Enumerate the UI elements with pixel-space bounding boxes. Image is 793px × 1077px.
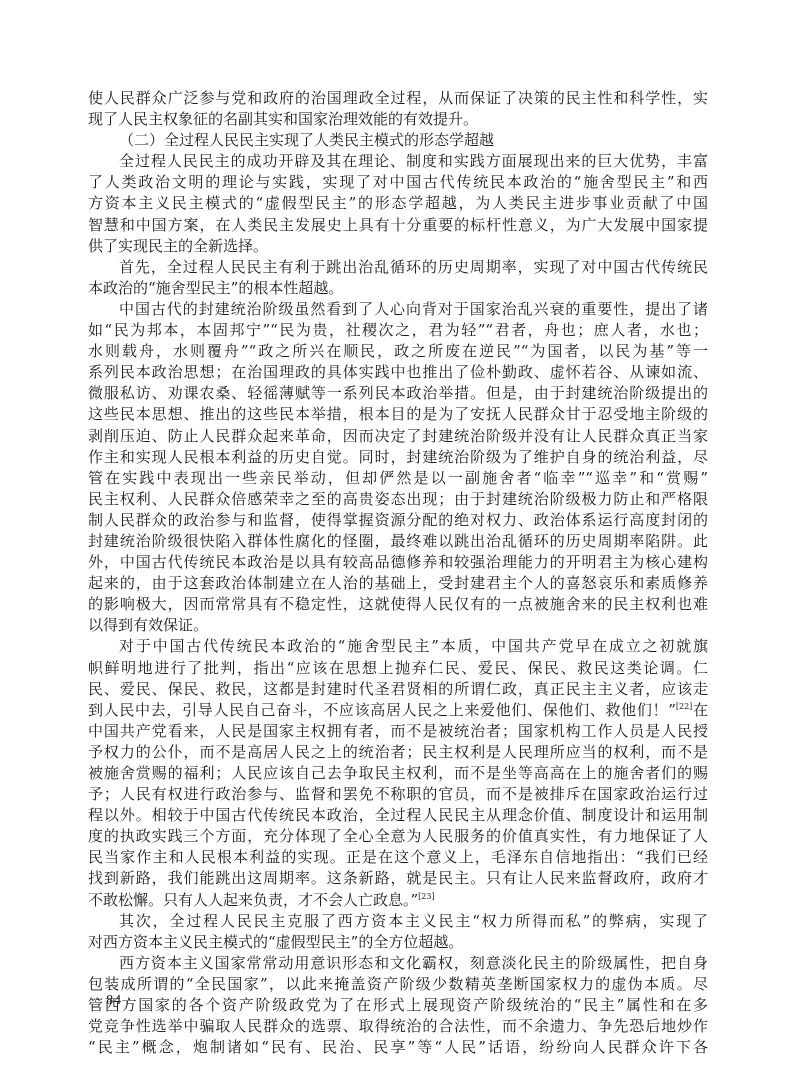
text-line: “民主”概念，炮制诸如“民有、民治、民享”等“人民”话语，纷纷向人民群众许下各	[88, 1037, 708, 1058]
text-line: 这些民本思想、推出的这些民本举措，根本目的是为了安抚人民群众甘于忍受地主阶级的	[88, 404, 708, 425]
text-line: 的影响极大，因而常常具有不稳定性，这就使得人民仅有的一点被施舍来的民主权利也难	[88, 594, 708, 615]
text-line: 水则载舟，水则覆舟”“政之所兴在顺民，政之所废在逆民”“为国者，以民为基”等一	[88, 341, 708, 362]
text-line: 本政治的“施舍型民主”的根本性超越。	[88, 278, 708, 299]
paragraph: 首先，全过程人民民主有利于跳出治乱循环的历史周期率，实现了对中国古代传统民 本政…	[88, 257, 708, 299]
text-line: 如“民为邦本，本固邦宁”“民为贵，社稷次之，君为轻”“君者，舟也；庶人者，水也；	[88, 320, 708, 341]
text-line: 现了人民主权象征的名副其实和国家治理效能的有效提升。	[88, 109, 708, 130]
text-line: 作主和实现人民根本利益的历史自觉。同时，封建统治阶级为了维护自身的统治利益，尽	[88, 447, 708, 468]
text-line: 方资本主义民主模式的“虚假型民主”的形态学超越，为人类民主进步事业贡献了中国	[88, 193, 708, 214]
text-line: 使人民群众广泛参与党和政府的治国理政全过程，从而保证了决策的民主性和科学性，实	[88, 88, 708, 109]
text-line: 找到新路，我们能跳出这周期率。这条新路，就是民主。只有让人民来监督政府，政府才	[88, 868, 708, 889]
text-line: 党竞争性选举中骗取人民群众的选票、取得统治的合法性，而不余遗力、争先恐后地炒作	[88, 1016, 708, 1037]
footnote-ref-23[interactable]: [23]	[418, 892, 434, 901]
text-line: 中国古代的封建统治阶级虽然看到了人心向背对于国家治乱兴衰的重要性，提出了诸	[88, 299, 708, 320]
text-line: 民主权利、人民群众倍感荣幸之至的高贵姿态出现；由于封建统治阶级极力防止和严格限	[88, 489, 708, 510]
heading-text: （二）全过程人民民主实现了人类民主模式的形态学超越	[88, 130, 708, 151]
page-number: · 84 ·	[96, 993, 132, 1009]
text-line: 予；人民有权进行政治参与、监督和罢免不称职的官员，而不是被排斥在国家政治运行过	[88, 784, 708, 805]
text-segment: 在	[692, 701, 708, 719]
text-segment: 不敢松懈。只有人人起来负责，才不会人亡政息。”	[88, 891, 418, 909]
text-line: 以得到有效保证。	[88, 615, 708, 636]
section-heading: （二）全过程人民民主实现了人类民主模式的形态学超越	[88, 130, 708, 151]
text-line: 智慧和中国方案，在人类民主发展史上具有十分重要的标杆性意义，为广大发展中国家提	[88, 215, 708, 236]
text-line-with-footnote: 不敢松懈。只有人人起来负责，才不会人亡政息。”[23]	[88, 890, 708, 911]
text-line: 民当家作主和人民根本利益的实现。正是在这个意义上，毛泽东自信地指出：“我们已经	[88, 847, 708, 868]
text-line: 封建统治阶级很快陷入群体性腐化的怪圈，最终难以跳出治乱循环的历史周期率陷阱。此	[88, 531, 708, 552]
text-line: 首先，全过程人民民主有利于跳出治乱循环的历史周期率，实现了对中国古代传统民	[88, 257, 708, 278]
text-line: 全过程人民民主的成功开辟及其在理论、制度和实践方面展现出来的巨大优势，丰富	[88, 151, 708, 172]
text-line: 予权力的公仆，而不是高居人民之上的统治者；民主权利是人民理所应当的权利，而不是	[88, 742, 708, 763]
text-line: 对西方资本主义民主模式的“虚假型民主”的全方位超越。	[88, 932, 708, 953]
paragraph: 对于中国古代传统民本政治的“施舍型民主”本质，中国共产党早在成立之初就旗 帜鲜明…	[88, 636, 708, 910]
text-line: 其次，全过程人民民主克服了西方资本主义民主“权力所得而私”的弊病，实现了	[88, 911, 708, 932]
text-segment: 到人民中去，引导人民自己奋斗，不应该高居人民之上来爱他们、保他们、救他们！”	[88, 701, 676, 719]
text-line: 西方资本主义国家常常动用意识形态和文化霸权，刻意淡化民主的阶级属性，把自身	[88, 953, 708, 974]
text-line: 外，中国古代传统民本政治是以具有较高品德修养和较强治理能力的开明君主为核心建构	[88, 552, 708, 573]
text-line: 了人类政治文明的理论与实践，实现了对中国古代传统民本政治的“施舍型民主”和西	[88, 172, 708, 193]
footnote-ref-22[interactable]: [22]	[676, 702, 692, 711]
text-line-with-footnote: 到人民中去，引导人民自己奋斗，不应该高居人民之上来爱他们、保他们、救他们！”[2…	[88, 700, 708, 721]
text-line: 民、爱民、保民、救民，这都是封建时代圣君贤相的所谓仁政，真正民主主义者，应该走	[88, 679, 708, 700]
text-line: 帜鲜明地进行了批判，指出“应该在思想上抛弃仁民、爱民、保民、救民这类论调。仁	[88, 658, 708, 679]
text-line: 管西方国家的各个资产阶级政党为了在形式上展现资产阶级统治的“民主”属性和在多	[88, 995, 708, 1016]
text-line: 系列民本政治思想；在治国理政的具体实践中也推出了俭朴勤政、虚怀若谷、从谏如流、	[88, 362, 708, 383]
paragraph: 全过程人民民主的成功开辟及其在理论、制度和实践方面展现出来的巨大优势，丰富 了人…	[88, 151, 708, 256]
text-line: 微服私访、劝课农桑、轻徭薄赋等一系列民本政治举措。但是，由于封建统治阶级提出的	[88, 383, 708, 404]
paragraph-continuation: 使人民群众广泛参与党和政府的治国理政全过程，从而保证了决策的民主性和科学性，实 …	[88, 88, 708, 130]
text-line: 供了实现民主的全新选择。	[88, 236, 708, 257]
text-line: 制人民群众的政治参与和监督，使得掌握资源分配的绝对权力、政治体系运行高度封闭的	[88, 510, 708, 531]
text-line: 对于中国古代传统民本政治的“施舍型民主”本质，中国共产党早在成立之初就旗	[88, 636, 708, 657]
text-line: 剥削压迫、防止人民群众起来革命，因而决定了封建统治阶级并没有让人民群众真正当家	[88, 426, 708, 447]
text-line: 中国共产党看来，人民是国家主权拥有者，而不是被统治者；国家机构工作人员是人民授	[88, 721, 708, 742]
paragraph: 其次，全过程人民民主克服了西方资本主义民主“权力所得而私”的弊病，实现了 对西方…	[88, 911, 708, 953]
paragraph: 西方资本主义国家常常动用意识形态和文化霸权，刻意淡化民主的阶级属性，把自身 包装…	[88, 953, 708, 1058]
article-body: 使人民群众广泛参与党和政府的治国理政全过程，从而保证了决策的民主性和科学性，实 …	[88, 88, 708, 1058]
text-line: 起来的，由于这套政治体制建立在人治的基础上，受封建君主个人的喜怒哀乐和素质修养	[88, 573, 708, 594]
text-line: 管在实践中表现出一些亲民举动，但却俨然是以一副施舍者“临幸”“巡幸”和“赏赐”	[88, 468, 708, 489]
text-line: 程以外。相较于中国古代传统民本政治，全过程人民民主从理念价值、制度设计和运用制	[88, 805, 708, 826]
text-line: 被施舍赏赐的福利；人民应该自己去争取民主权利，而不是坐等高高在上的施舍者们的赐	[88, 763, 708, 784]
text-line: 包装成所谓的“全民国家”，以此来掩盖资产阶级少数精英垄断国家权力的虚伪本质。尽	[88, 974, 708, 995]
text-line: 度的执政实践三个方面，充分体现了全心全意为人民服务的价值真实性，有力地保证了人	[88, 826, 708, 847]
paragraph: 中国古代的封建统治阶级虽然看到了人心向背对于国家治乱兴衰的重要性，提出了诸 如“…	[88, 299, 708, 637]
